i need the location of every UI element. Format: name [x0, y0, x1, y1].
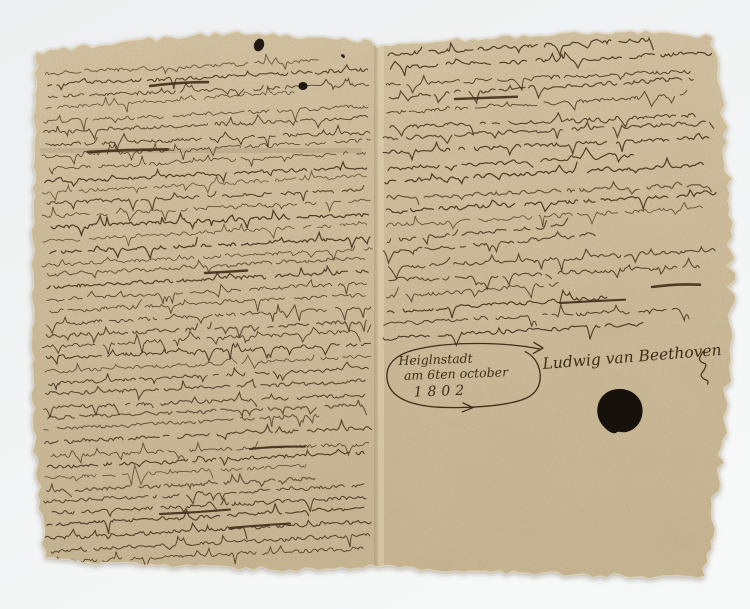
letter-paper	[20, 15, 745, 595]
dateline-year: 1802	[413, 383, 469, 401]
ink-blot	[299, 82, 308, 90]
center-fold-highlight	[378, 25, 384, 580]
center-fold-shadow	[374, 25, 378, 580]
wax-seal-icon	[597, 389, 642, 433]
manuscript-photo: Heiglnstadt am 6ten october 1802 Ludwig …	[0, 0, 750, 609]
